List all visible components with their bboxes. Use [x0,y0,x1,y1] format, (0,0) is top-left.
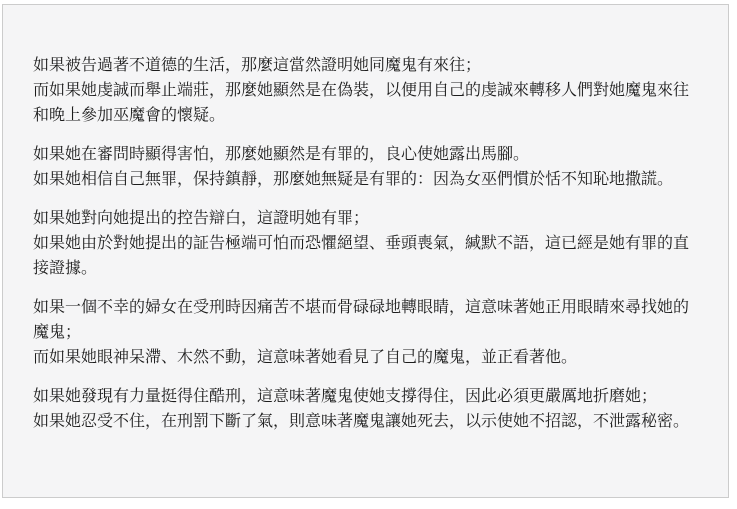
sentence-line: 而如果她虔誠而舉止端莊，那麼她顯然是在偽裝，以便用自己的虔誠來轉移人們對她魔鬼來… [33,78,693,128]
paragraph: 如果一個不幸的婦女在受刑時因痛苦不堪而骨碌碌地轉眼睛，這意味著她正用眼睛來尋找她… [33,295,693,370]
sentence-line: 如果她忍受不住，在刑罰下斷了氣，則意味著魔鬼讓她死去，以示使她不招認，不泄露秘密… [33,409,693,434]
sentence-line: 如果她對向她提出的控告辯白，這證明她有罪； [33,206,693,231]
sentence-line: 如果被告過著不道德的生活，那麼這當然證明她同魔鬼有來往； [33,53,693,78]
paragraph: 如果她發現有力量挺得住酷刑，這意味著魔鬼使她支撐得住，因此必須更嚴厲地折磨她；如… [33,384,693,434]
sentence-line: 如果她在審問時顯得害怕，那麼她顯然是有罪的，良心使她露出馬腳。 [33,142,693,167]
sentence-line: 如果她發現有力量挺得住酷刑，這意味著魔鬼使她支撐得住，因此必須更嚴厲地折磨她； [33,384,693,409]
text-page-panel: 如果被告過著不道德的生活，那麼這當然證明她同魔鬼有來往；而如果她虔誠而舉止端莊，… [2,4,729,498]
document-body: 如果被告過著不道德的生活，那麼這當然證明她同魔鬼有來往；而如果她虔誠而舉止端莊，… [3,5,728,434]
paragraph: 如果被告過著不道德的生活，那麼這當然證明她同魔鬼有來往；而如果她虔誠而舉止端莊，… [33,53,693,128]
sentence-line: 而如果她眼神呆滯、木然不動，這意味著她看見了自己的魔鬼，並正看著他。 [33,345,693,370]
paragraph: 如果她在審問時顯得害怕，那麼她顯然是有罪的，良心使她露出馬腳。如果她相信自己無罪… [33,142,693,192]
sentence-line: 如果她相信自己無罪，保持鎮靜，那麼她無疑是有罪的：因為女巫們慣於恬不知恥地撒謊。 [33,167,693,192]
sentence-line: 如果一個不幸的婦女在受刑時因痛苦不堪而骨碌碌地轉眼睛，這意味著她正用眼睛來尋找她… [33,295,693,345]
paragraph: 如果她對向她提出的控告辯白，這證明她有罪；如果她由於對她提出的証告極端可怕而恐懼… [33,206,693,281]
sentence-line: 如果她由於對她提出的証告極端可怕而恐懼絕望、垂頭喪氣，緘默不語，這已經是她有罪的… [33,231,693,281]
